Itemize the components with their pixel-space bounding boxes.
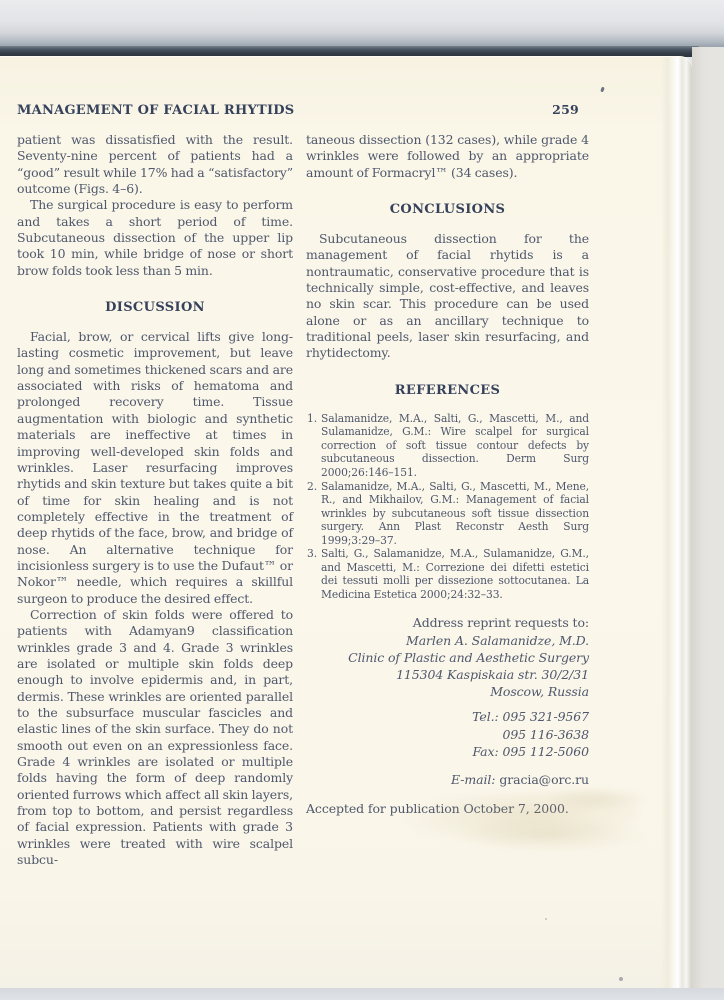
scan-bottom-strip <box>0 988 724 1000</box>
conclusions-paragraph: Subcutaneous dissection for the manageme… <box>306 231 589 362</box>
contact-numbers-block: Tel.: 095 321-9567 095 116-3638 Fax: 095… <box>306 708 589 760</box>
reprint-intro: Address reprint requests to: <box>306 614 589 631</box>
accepted-line: Accepted for publication October 7, 2000… <box>306 801 589 816</box>
page-number: 259 <box>552 102 579 117</box>
reference-list: Salamanidze, M.A., Salti, G., Mascetti, … <box>306 412 589 602</box>
reference-item: Salti, G., Salamanidze, M.A., Sulamanidz… <box>306 547 589 601</box>
paragraph-results-continued: patient was dissatisfied with the result… <box>17 132 293 197</box>
tel-line-1: Tel.: 095 321-9567 <box>306 708 589 725</box>
right-column: taneous dissection (132 cases), while gr… <box>306 132 589 868</box>
fax-line: Fax: 095 112-5060 <box>306 743 589 760</box>
email-address: gracia@orc.ru <box>499 772 589 787</box>
scan-canvas: MANAGEMENT OF FACIAL RHYTIDS 259 patient… <box>0 0 724 1000</box>
scanner-background <box>0 0 724 47</box>
dust-speck <box>545 918 547 920</box>
reprint-city: Moscow, Russia <box>306 683 589 700</box>
references-heading: REFERENCES <box>306 383 589 398</box>
email-label: E-mail: <box>451 772 495 787</box>
conclusions-heading: CONCLUSIONS <box>306 202 589 217</box>
reprint-clinic: Clinic of Plastic and Aesthetic Surgery <box>306 649 589 666</box>
email-line: E-mail:gracia@orc.ru <box>306 771 589 788</box>
tel-line-2: 095 116-3638 <box>306 726 589 743</box>
discussion-paragraph-2: Correction of skin folds were offered to… <box>17 607 293 869</box>
page-header: MANAGEMENT OF FACIAL RHYTIDS 259 <box>17 102 589 118</box>
reference-item: Salamanidze, M.A., Salti, G., Mascetti, … <box>306 480 589 548</box>
book-page: MANAGEMENT OF FACIAL RHYTIDS 259 patient… <box>0 56 692 988</box>
page-fore-edge <box>661 57 692 988</box>
page-content: MANAGEMENT OF FACIAL RHYTIDS 259 patient… <box>17 102 589 868</box>
left-column: patient was dissatisfied with the result… <box>17 132 293 868</box>
discussion-heading: DISCUSSION <box>17 300 293 315</box>
paragraph-dissection-continued: taneous dissection (132 cases), while gr… <box>306 132 589 181</box>
reprint-street: 115304 Kaspiskaia str. 30/2/31 <box>306 666 589 683</box>
running-title: MANAGEMENT OF FACIAL RHYTIDS <box>17 103 294 118</box>
reference-item: Salamanidze, M.A., Salti, G., Mascetti, … <box>306 412 589 480</box>
reprint-address-block: Address reprint requests to: Marlen A. S… <box>306 614 589 700</box>
discussion-paragraph-1: Facial, brow, or cervical lifts give lon… <box>17 329 293 607</box>
scan-right-margin <box>692 47 724 1000</box>
reprint-name: Marlen A. Salamanidze, M.D. <box>306 632 589 649</box>
dust-speck <box>619 977 623 981</box>
two-column-layout: patient was dissatisfied with the result… <box>17 132 589 868</box>
paragraph-procedure: The surgical procedure is easy to perfor… <box>17 197 293 279</box>
